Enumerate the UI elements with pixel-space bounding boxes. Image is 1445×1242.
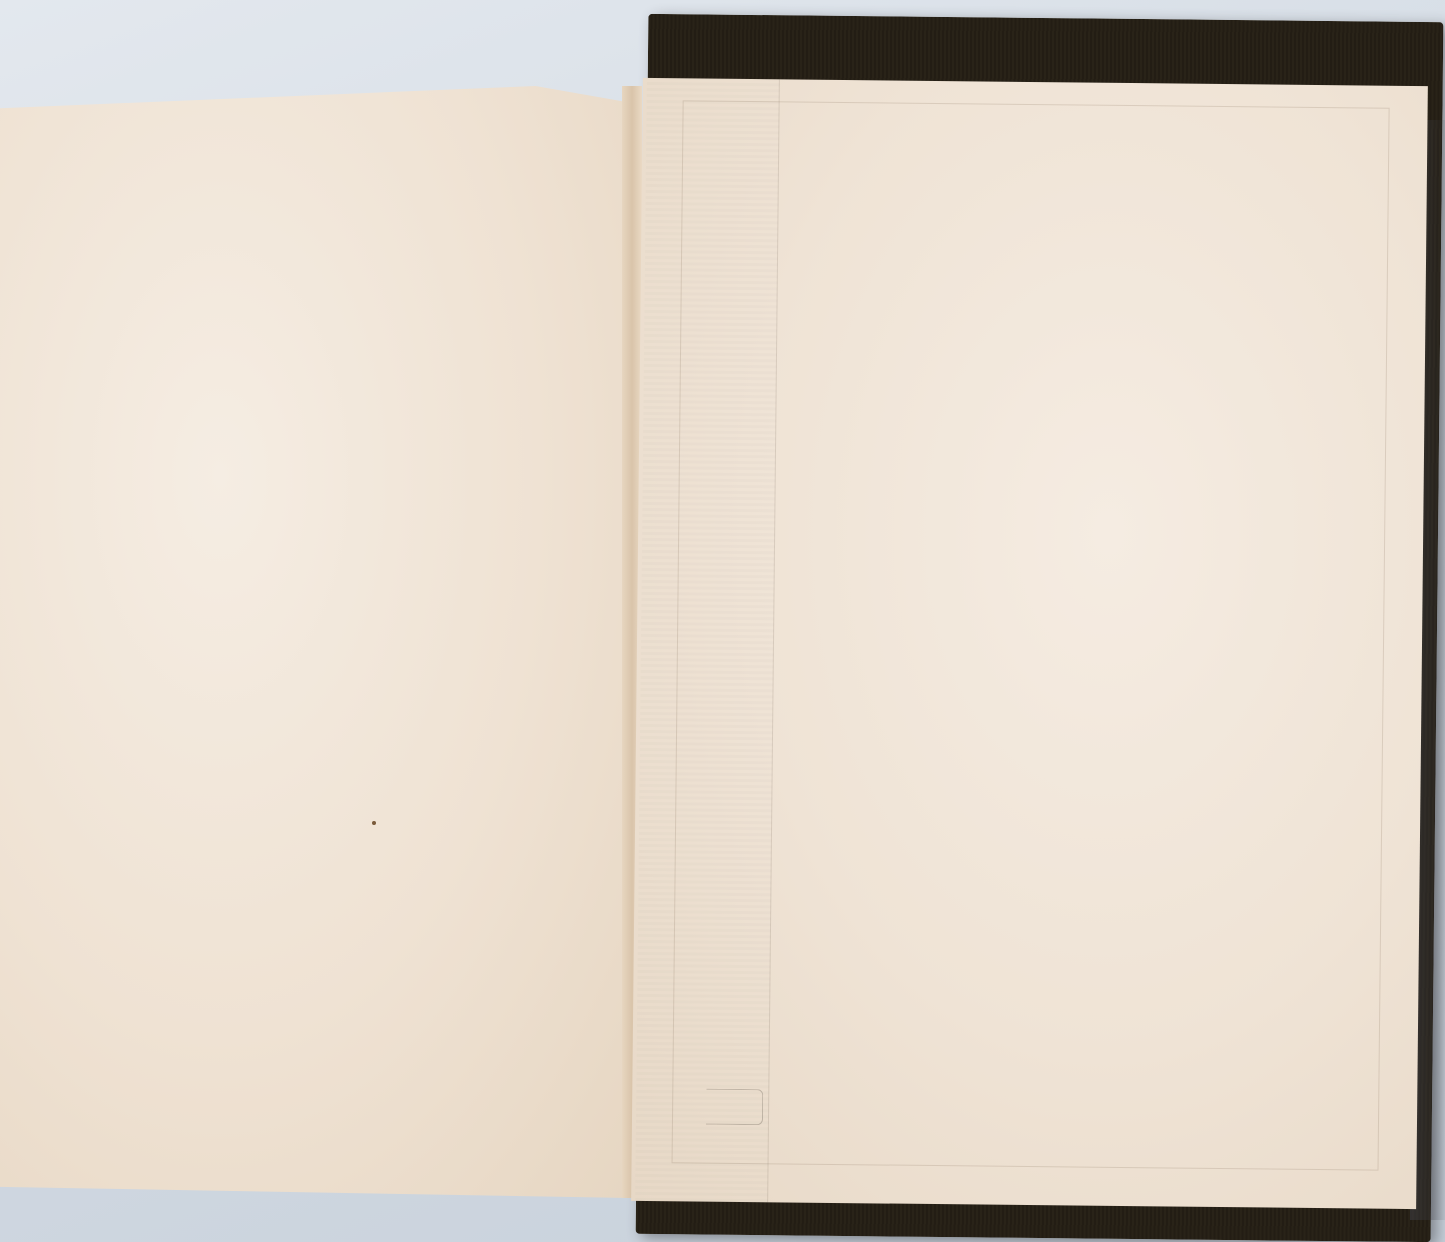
- left-page: [0, 86, 630, 1198]
- label-outline: [706, 1089, 763, 1126]
- page-border: [672, 100, 1390, 1170]
- paper-speck: [372, 821, 376, 825]
- right-page: [631, 78, 1428, 1209]
